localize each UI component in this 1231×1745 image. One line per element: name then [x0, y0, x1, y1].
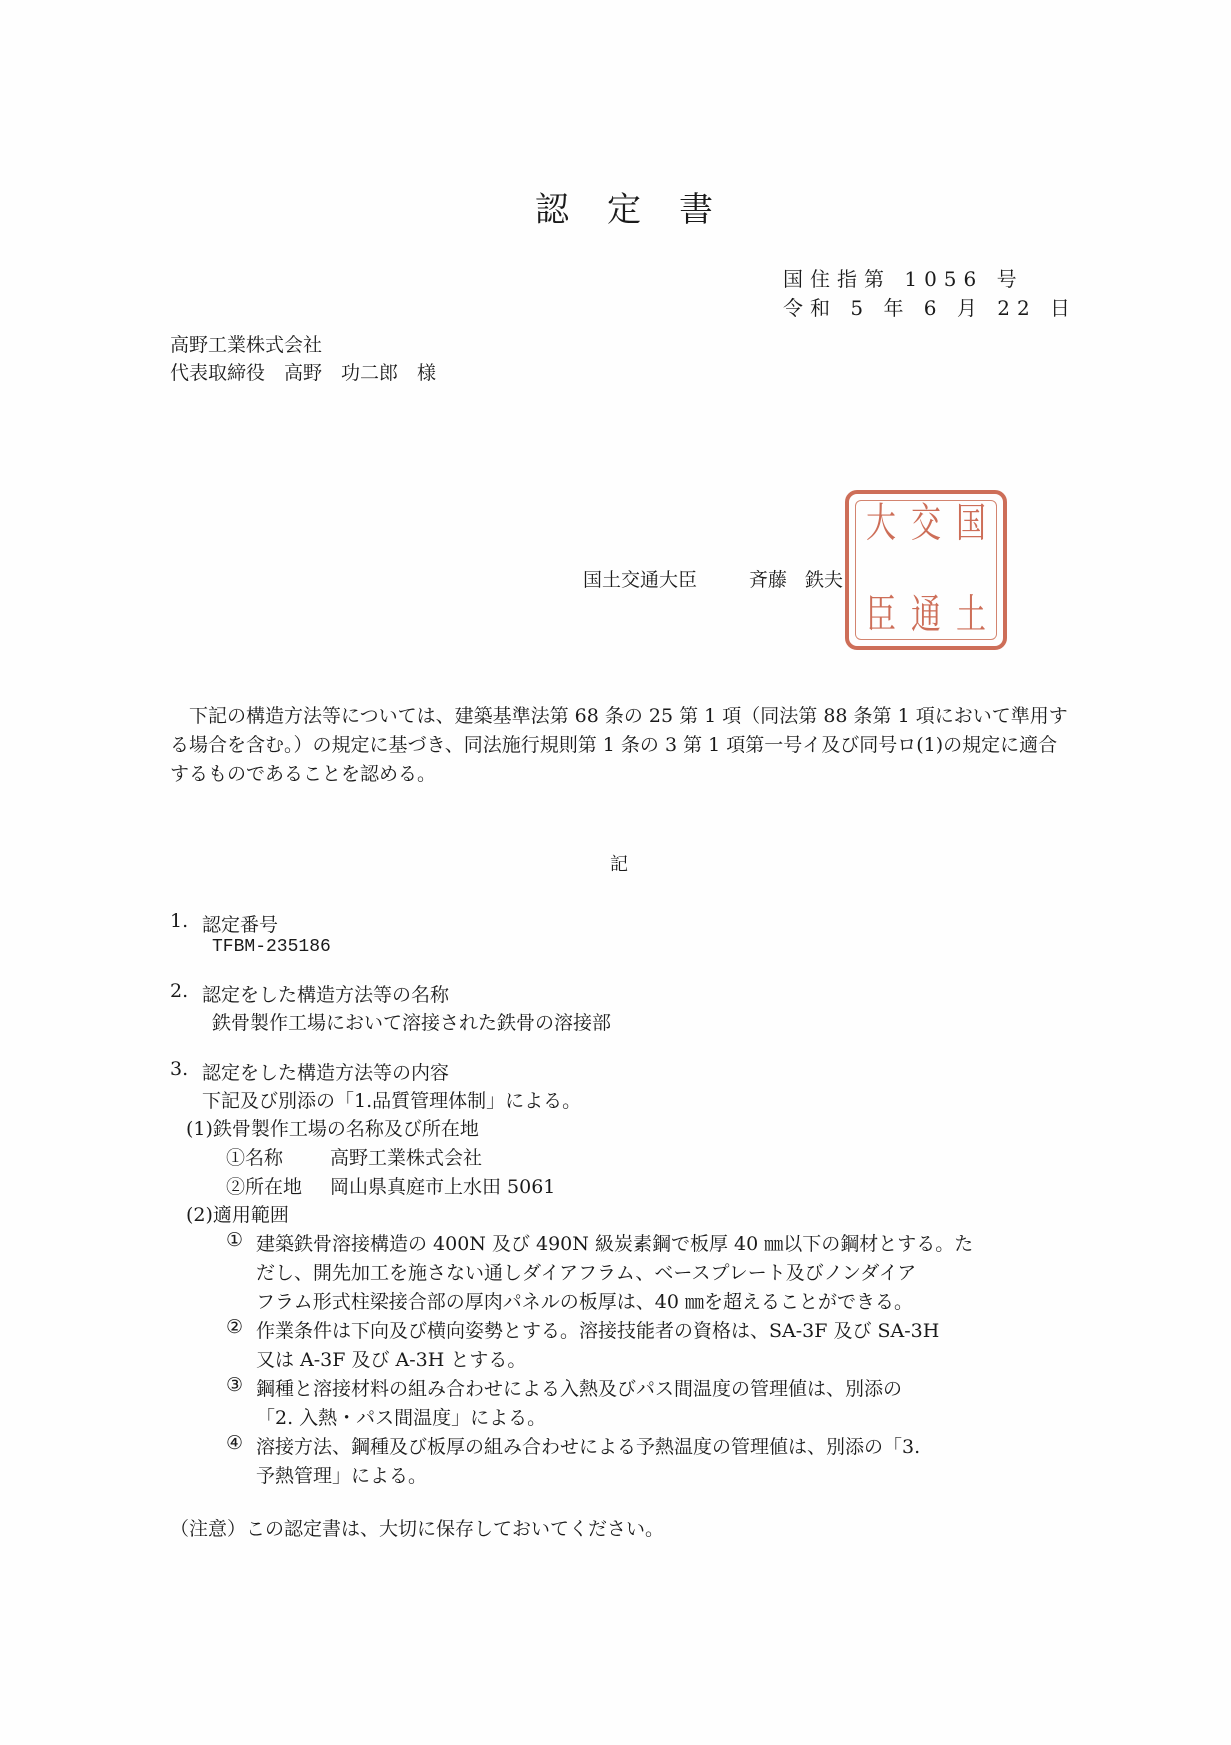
clause-1-mark: ①: [226, 1229, 243, 1251]
issuer-surname: 斉藤: [749, 569, 787, 591]
clause-1-line: だし、開先加工を施さない通しダイアフラム、ベースプレート及びノンダイア: [256, 1258, 916, 1285]
clause-3-line: 「2. 入熱・パス間温度」による。: [256, 1403, 546, 1430]
factory-location-value: 岡山県真庭市上水田 5061: [330, 1172, 555, 1199]
clause-4-mark: ④: [226, 1432, 243, 1454]
item-2-heading: 認定をした構造方法等の名称: [202, 980, 449, 1007]
seal-column: 国 土: [949, 478, 993, 662]
item-3-heading: 認定をした構造方法等の内容: [202, 1058, 449, 1085]
issuer-line: 国土交通大臣斉藤鉄夫: [583, 565, 843, 592]
certificate-page: 認定書 国住指第 1056 号 令和 5 年 6 月 22 日 高野工業株式会社…: [0, 0, 1231, 1745]
item-2-value: 鉄骨製作工場において溶接された鉄骨の溶接部: [212, 1008, 611, 1035]
clause-2-mark: ②: [226, 1316, 243, 1338]
item-3-intro: 下記及び別添の「1.品質管理体制」による。: [202, 1086, 581, 1113]
preamble-paragraph: 下記の構造方法等については、建築基準法第 68 条の 25 第 1 項（同法第 …: [170, 702, 1075, 789]
sub2-label: (2)適用範囲: [186, 1200, 289, 1227]
reference-number: 国住指第 1056 号: [783, 263, 1024, 292]
seal-char: 土: [956, 596, 986, 637]
issuer-given-name: 鉄夫: [805, 569, 843, 591]
certification-number: TFBM-235186: [212, 937, 331, 957]
issue-date: 令和 5 年 6 月 22 日: [783, 292, 1077, 321]
clause-2-line: 作業条件は下向及び横向姿勢とする。溶接技能者の資格は、SA-3F 及び SA-3…: [256, 1316, 939, 1343]
seal-char: 臣: [866, 596, 896, 637]
item-1-heading: 認定番号: [202, 910, 278, 937]
addressee-company: 高野工業株式会社: [170, 330, 322, 357]
addressee-representative: 代表取締役 高野 功二郎 様: [170, 358, 436, 385]
seal-char: 大: [866, 504, 896, 544]
official-seal-icon: 国 土 交 通 大 臣: [845, 490, 1007, 650]
factory-name-value: 高野工業株式会社: [330, 1143, 482, 1170]
clause-3-line: 鋼種と溶接材料の組み合わせによる入熱及びパス間温度の管理値は、別添の: [256, 1374, 902, 1401]
seal-characters: 国 土 交 通 大 臣: [859, 502, 993, 638]
clause-3-mark: ③: [226, 1374, 243, 1396]
document-title: 認定書: [535, 182, 751, 231]
clause-4-line: 溶接方法、鋼種及び板厚の組み合わせによる予熱温度の管理値は、別添の「3.: [256, 1432, 920, 1459]
sub1-label: (1)鉄骨製作工場の名称及び所在地: [186, 1114, 479, 1141]
storage-note: （注意）この認定書は、大切に保存しておいてください。: [170, 1514, 664, 1541]
seal-column: 交 通: [904, 478, 948, 662]
seal-char: 通: [911, 596, 941, 637]
item-3-number: 3.: [170, 1058, 188, 1080]
issuer-position: 国土交通大臣: [583, 569, 697, 591]
seal-char: 交: [911, 504, 941, 544]
seal-char: 国: [956, 504, 986, 544]
clause-4-line: 予熱管理」による。: [256, 1461, 427, 1488]
factory-location-label: ②所在地: [226, 1172, 302, 1199]
item-2-number: 2.: [170, 980, 188, 1002]
clause-1-line: フラム形式柱梁接合部の厚肉パネルの板厚は、40 ㎜を超えることができる。: [256, 1287, 913, 1314]
item-1-number: 1.: [170, 910, 188, 932]
factory-name-label: ①名称: [226, 1143, 283, 1170]
seal-column: 大 臣: [859, 478, 903, 662]
clause-2-line: 又は A-3F 及び A-3H とする。: [256, 1345, 526, 1372]
clause-1-line: 建築鉄骨溶接構造の 400N 及び 490N 級炭素鋼で板厚 40 ㎜以下の鋼材…: [256, 1229, 973, 1256]
ki-heading: 記: [610, 850, 628, 876]
